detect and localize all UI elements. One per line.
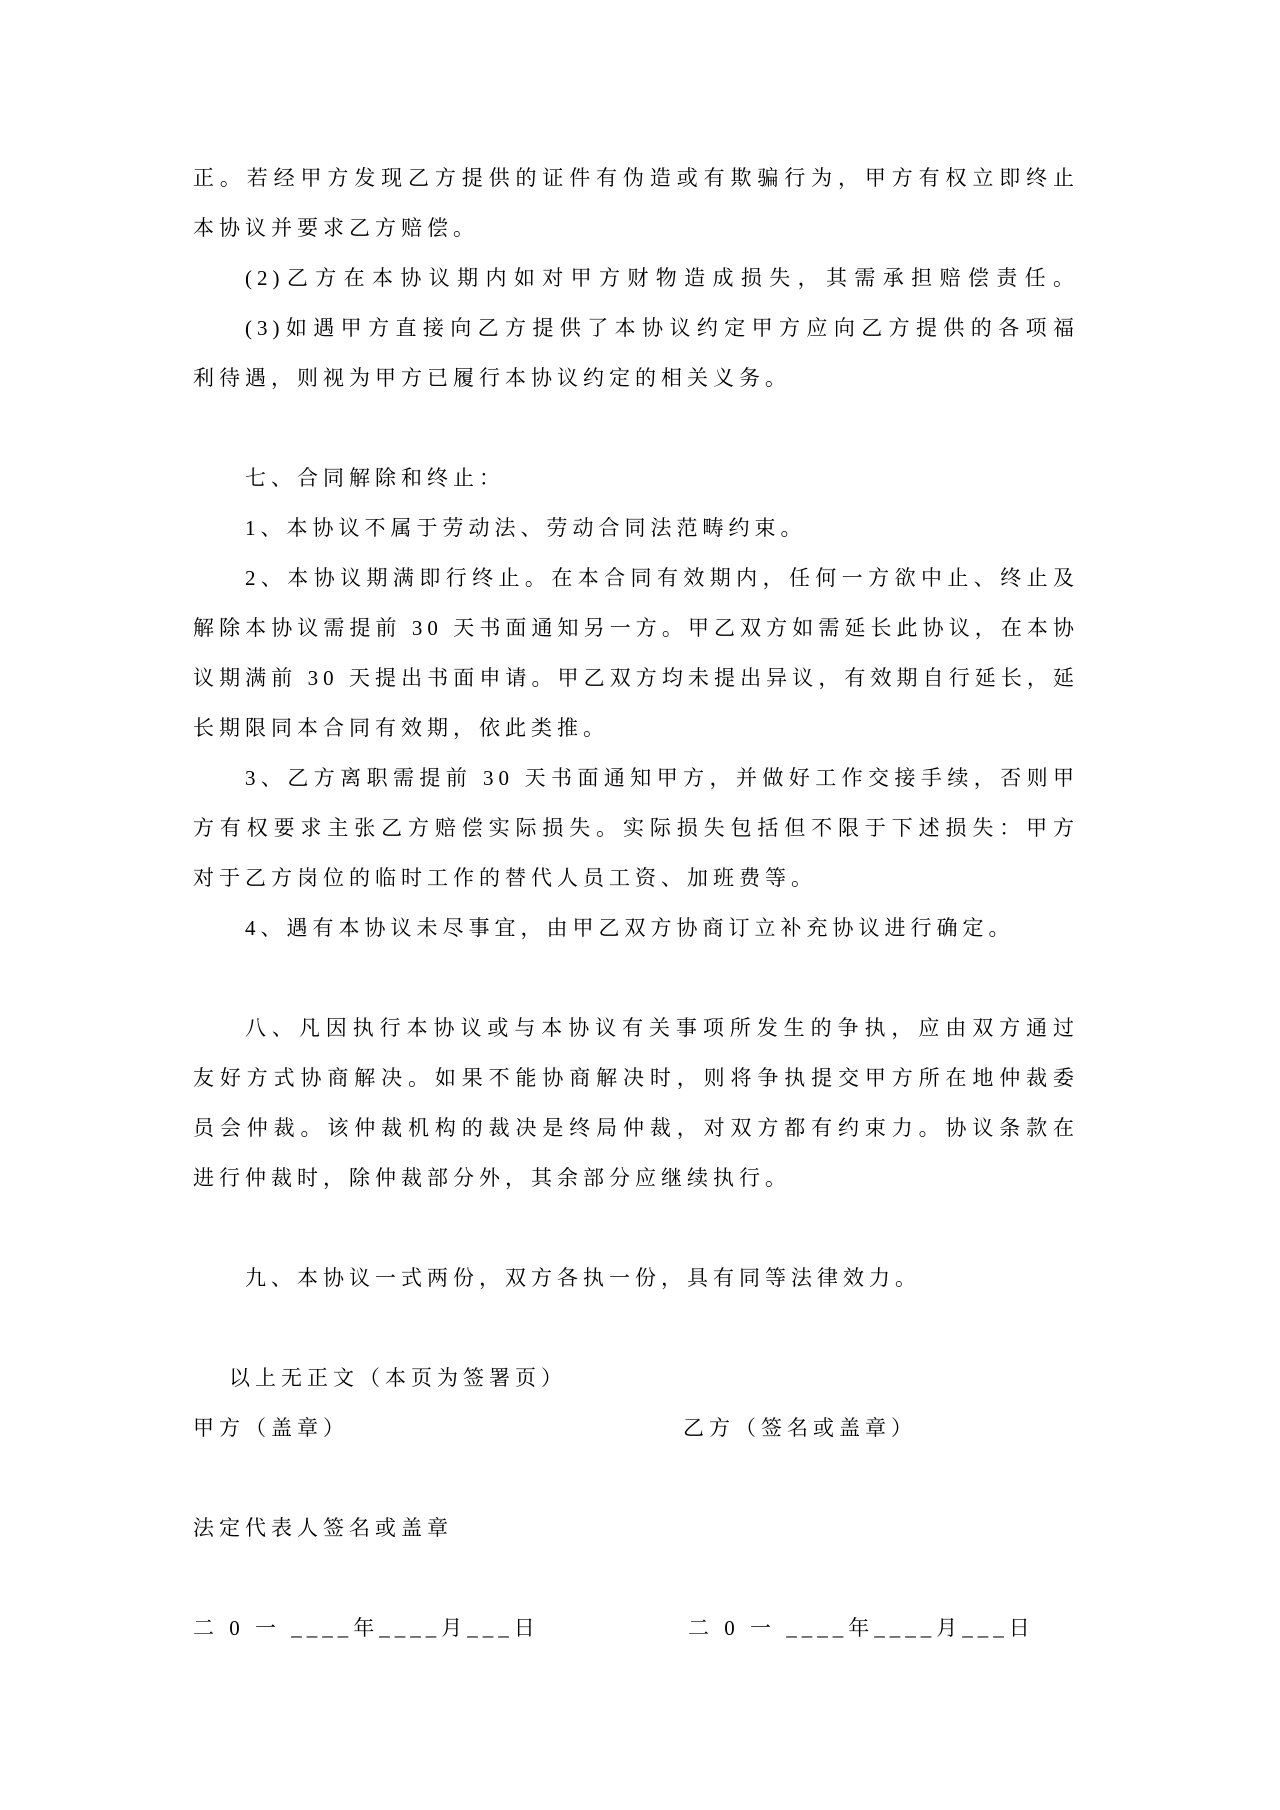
body-line: 方有权要求主张乙方赔偿实际损失。实际损失包括但不限于下述损失：甲方 xyxy=(193,803,1079,853)
body-line: 议期满前 30 天提出书面申请。甲乙双方均未提出异议，有效期自行延长，延 xyxy=(193,653,1079,703)
body-line: 2、本协议期满即行终止。在本合同有效期内，任何一方欲中止、终止及 xyxy=(193,553,1079,603)
body-line: 进行仲裁时，除仲裁部分外，其余部分应继续执行。 xyxy=(193,1153,1079,1203)
body-line: 4、遇有本协议未尽事宜，由甲乙双方协商订立补充协议进行确定。 xyxy=(193,903,1079,953)
legal-representative-label: 法定代表人签名或盖章 xyxy=(193,1503,1079,1553)
blank-line xyxy=(193,1453,1079,1503)
body-line: 本协议并要求乙方赔偿。 xyxy=(193,203,1079,253)
party-a-date-line: 二 0 一 ____年____月___日 xyxy=(193,1616,540,1640)
body-line: 友好方式协商解决。如果不能协商解决时，则将争执提交甲方所在地仲裁委 xyxy=(193,1053,1079,1103)
blank-line xyxy=(193,403,1079,453)
body-line: 正。若经甲方发现乙方提供的证件有伪造或有欺骗行为，甲方有权立即终止 xyxy=(193,153,1079,203)
blank-line xyxy=(193,1553,1079,1603)
contract-page: 正。若经甲方发现乙方提供的证件有伪造或有欺骗行为，甲方有权立即终止 本协议并要求… xyxy=(0,0,1280,1810)
party-a-seal-label: 甲方（盖章） xyxy=(193,1416,349,1440)
body-line: 解除本协议需提前 30 天书面通知另一方。甲乙双方如需延长此协议，在本协 xyxy=(193,603,1079,653)
body-line: 长期限同本合同有效期，依此类推。 xyxy=(193,703,1079,753)
blank-line xyxy=(193,1303,1079,1353)
section-8-paragraph: 八、凡因执行本协议或与本协议有关事项所发生的争执，应由双方通过 xyxy=(193,1003,1079,1053)
body-line: 对于乙方岗位的临时工作的替代人员工资、加班费等。 xyxy=(193,853,1079,903)
body-line: 利待遇，则视为甲方已履行本协议约定的相关义务。 xyxy=(193,353,1079,403)
party-b-sign-label: 乙方（签名或盖章） xyxy=(683,1403,917,1453)
body-line: (3)如遇甲方直接向乙方提供了本协议约定甲方应向乙方提供的各项福 xyxy=(193,303,1079,353)
signing-page-note: 以上无正文（本页为签署页） xyxy=(193,1353,1079,1403)
party-b-date-line: 二 0 一 ____年____月___日 xyxy=(688,1603,1035,1653)
blank-line xyxy=(193,953,1079,1003)
section-7-heading: 七、合同解除和终止： xyxy=(193,453,1079,503)
date-lines-row: 二 0 一 ____年____月___日 二 0 一 ____年____月___… xyxy=(193,1603,1079,1653)
body-line: (2)乙方在本协议期内如对甲方财物造成损失，其需承担赔偿责任。 xyxy=(193,253,1079,303)
party-labels-row: 甲方（盖章） 乙方（签名或盖章） xyxy=(193,1403,1079,1453)
contract-body: 正。若经甲方发现乙方提供的证件有伪造或有欺骗行为，甲方有权立即终止 本协议并要求… xyxy=(193,153,1079,1653)
section-9-paragraph: 九、本协议一式两份，双方各执一份，具有同等法律效力。 xyxy=(193,1253,1079,1303)
blank-line xyxy=(193,1203,1079,1253)
body-line: 员会仲裁。该仲裁机构的裁决是终局仲裁，对双方都有约束力。协议条款在 xyxy=(193,1103,1079,1153)
body-line: 3、乙方离职需提前 30 天书面通知甲方，并做好工作交接手续，否则甲 xyxy=(193,753,1079,803)
body-line: 1、本协议不属于劳动法、劳动合同法范畴约束。 xyxy=(193,503,1079,553)
